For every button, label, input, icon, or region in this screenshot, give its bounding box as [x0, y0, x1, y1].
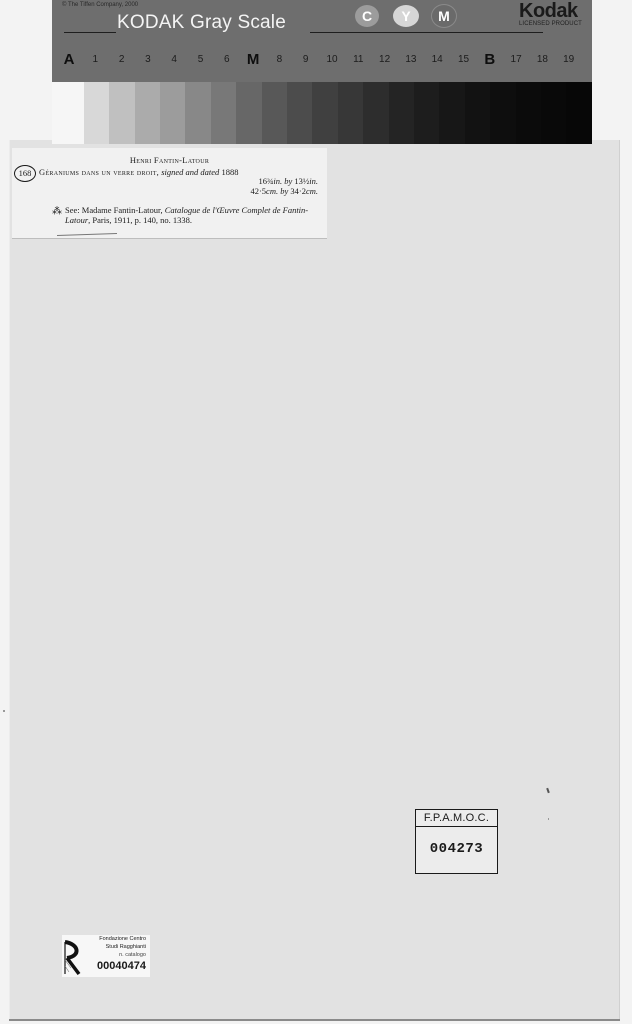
dimensions-cm: 42·5cm. by 34·2cm. [250, 186, 318, 196]
card-title: KODAK Gray Scale [117, 12, 286, 34]
gray-patch [211, 82, 236, 144]
gray-patch [185, 82, 210, 144]
title-rule-right [310, 32, 543, 33]
gray-patch [109, 82, 134, 144]
dimensions-inches: 16¾in. by 13½in. [250, 176, 318, 186]
artwork-dimensions: 16¾in. by 13½in. 42·5cm. by 34·2cm. [250, 176, 318, 196]
scale-label: 19 [563, 50, 574, 70]
artwork-inscription: signed and dated [161, 167, 219, 177]
scale-label: 4 [171, 50, 177, 70]
scale-label: 13 [405, 50, 416, 70]
gray-patch [84, 82, 109, 144]
kodak-logo: Kodak [519, 0, 578, 23]
foundation-catalogue-label: Fondazione Centro Studi Ragghianti n. ca… [62, 935, 150, 977]
gray-patch [363, 82, 388, 144]
scale-label: A [64, 50, 75, 70]
foundation-name-line1: Fondazione Centro [99, 936, 146, 942]
stamp-header: F.P.A.M.O.C. [416, 810, 497, 827]
catalogue-label: n. catalogo [119, 952, 146, 958]
scale-label: 6 [224, 50, 230, 70]
magenta-marker-icon: M [432, 5, 456, 27]
title-rule-left [64, 32, 116, 33]
gray-patch [389, 82, 414, 144]
scale-label: 17 [511, 50, 522, 70]
gray-patch [312, 82, 337, 144]
scale-label: 3 [145, 50, 151, 70]
torn-edge [57, 233, 117, 236]
scale-label: 9 [303, 50, 309, 70]
gray-patch [516, 82, 541, 144]
gray-patch [338, 82, 363, 144]
scale-label: 8 [277, 50, 283, 70]
scale-label: B [484, 50, 495, 70]
scale-label: 1 [93, 50, 99, 70]
stamp-number: 004273 [416, 827, 497, 871]
scale-label: 5 [198, 50, 204, 70]
foundation-name-line2: Studi Ragghianti [106, 944, 146, 950]
artist-name: Henri Fantin-Latour [12, 155, 327, 165]
scale-label: M [247, 50, 260, 70]
artwork-year: 1888 [221, 167, 238, 177]
scale-label: 14 [432, 50, 443, 70]
yellow-marker-icon: Y [393, 5, 419, 27]
gray-patch [541, 82, 566, 144]
scale-label: 12 [379, 50, 390, 70]
gray-patch [439, 82, 464, 144]
kodak-gray-scale-card: © The Tiffen Company, 2000 KODAK Gray Sc… [52, 0, 592, 144]
gray-patch [52, 82, 84, 144]
scale-label: 18 [537, 50, 548, 70]
artwork-title-line: Géraniums dans un verre droit, signed an… [39, 167, 238, 177]
card-copyright: © The Tiffen Company, 2000 [62, 2, 138, 8]
lot-number: 168 [14, 165, 36, 182]
gray-patch [236, 82, 261, 144]
gray-patch [465, 82, 490, 144]
scale-label: 10 [326, 50, 337, 70]
literature-reference: See: Madame Fantin-Latour, Catalogue de … [65, 205, 325, 225]
artwork-title: Géraniums dans un verre droit, [39, 167, 159, 177]
scale-label: 15 [458, 50, 469, 70]
gray-patch [135, 82, 160, 144]
scale-labels: A123456M89101112131415B171819 [52, 50, 592, 70]
dust-speck [548, 818, 549, 820]
gray-patch [414, 82, 439, 144]
scale-label: 2 [119, 50, 125, 70]
ragghianti-logo-icon [63, 938, 83, 976]
gray-patch [566, 82, 591, 144]
scale-label: 11 [353, 50, 363, 70]
gray-patch [262, 82, 287, 144]
photo-mount-board [9, 140, 620, 1021]
catalogue-clipping: Henri Fantin-Latour 168 Géraniums dans u… [12, 148, 327, 238]
dust-speck [3, 710, 5, 712]
asterism-icon: ⁂ [52, 207, 62, 217]
cyan-marker-icon: C [355, 5, 379, 27]
archive-stamp: F.P.A.M.O.C. 004273 [415, 809, 498, 874]
gray-patch [490, 82, 515, 144]
gray-patches [52, 82, 592, 144]
catalogue-number: 00040474 [97, 960, 146, 972]
licensed-product-text: LICENSED PRODUCT [519, 21, 582, 27]
gray-patch [160, 82, 185, 144]
gray-patch [287, 82, 312, 144]
